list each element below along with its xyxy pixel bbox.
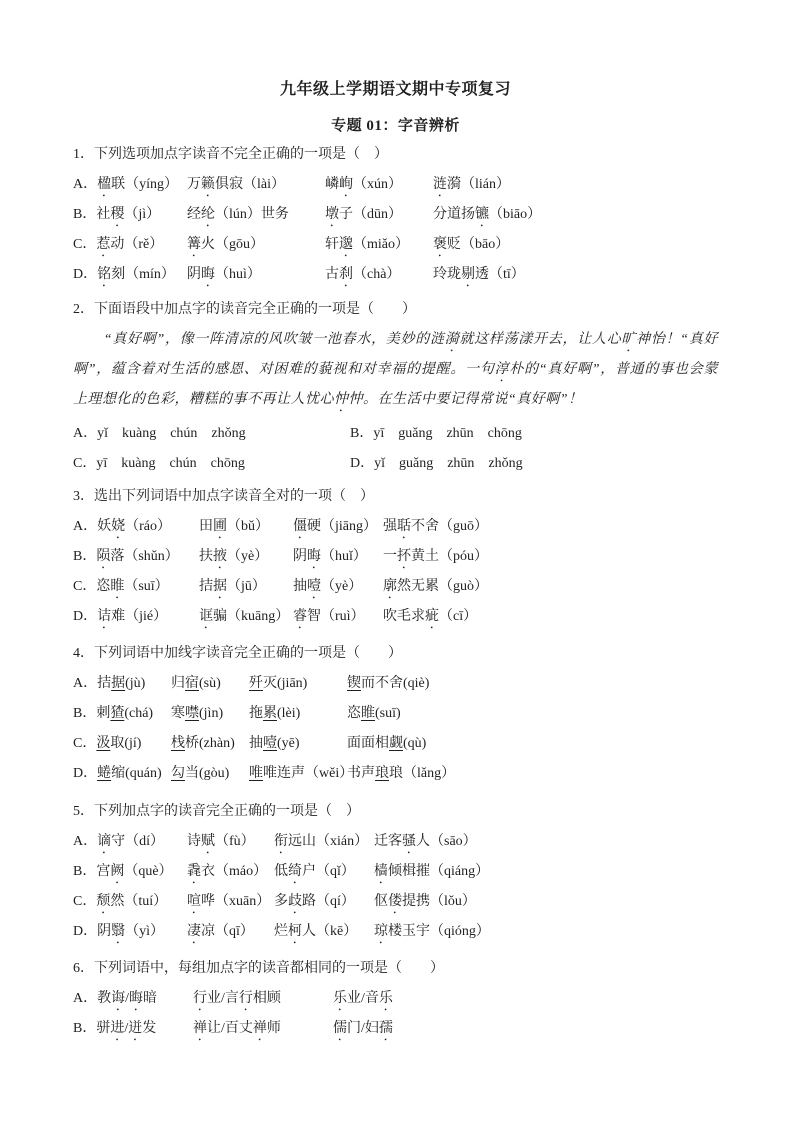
question-2: 2．下面语段中加点字的读音完全正确的一项是（ ） “真好啊”，像一阵清凉的风吹皱… bbox=[73, 295, 718, 479]
option-item: B．yī guǎng zhūn chōng bbox=[350, 419, 718, 449]
option-row: A．妖娆（ráo）田圃（bǔ）僵硬（jiāng）强聒不舍（guō） bbox=[73, 512, 718, 542]
question-5-options: A．谪守（dí）诗赋（fù）衔远山（xián）迁客骚人（sāo） B．宫阙（qu… bbox=[73, 827, 718, 947]
option-item: 古刹（chà） bbox=[325, 260, 433, 290]
option-row: C．恣睢（suī）拮据（jū）抽噎（yè）廓然无累（guò） bbox=[73, 572, 718, 602]
question-1-options: A．楹联（yíng）万籁俱寂（lài）嶙峋（xún）涟漪（lián） B．社稷（… bbox=[73, 170, 718, 290]
option-item: 阴晦（huǐ） bbox=[293, 542, 383, 572]
option-item: 寒噤(jìn) bbox=[171, 699, 249, 729]
option-row: A．拮据(jù)归宿(sù)歼灭(jiān)锲而不舍(qiè) bbox=[73, 669, 718, 699]
option-item: 强聒不舍（guō） bbox=[383, 512, 718, 542]
question-3: 3．选出下列词语中加点字读音全对的一项（ ） A．妖娆（ráo）田圃（bǔ）僵硬… bbox=[73, 482, 718, 632]
option-item: A．妖娆（ráo） bbox=[73, 512, 199, 542]
document-title: 九年级上学期语文期中专项复习 bbox=[73, 78, 718, 102]
option-item: 唯唯连声（wěi） bbox=[249, 759, 347, 789]
option-item: 歼灭(jiān) bbox=[249, 669, 347, 699]
option-item: 篝火（gōu） bbox=[187, 230, 325, 260]
question-4-stem: 4．下列词语中加线字读音完全正确的一项是（ ） bbox=[73, 639, 718, 669]
option-item: 吹毛求疵（cī） bbox=[383, 602, 718, 632]
option-item: B．宫阙（què） bbox=[73, 857, 187, 887]
option-item: 琼楼玉宇（qióng） bbox=[374, 917, 718, 947]
option-item: 拮据（jū） bbox=[199, 572, 293, 602]
option-item: 抽噎(yē) bbox=[249, 729, 347, 759]
option-item: 墩子（dūn） bbox=[325, 200, 433, 230]
question-5: 5．下列加点字的读音完全正确的一项是（ ） A．谪守（dí）诗赋（fù）衔远山（… bbox=[73, 797, 718, 947]
option-item: D．铭刻（mín） bbox=[73, 260, 187, 290]
option-item: C．汲取(jí) bbox=[73, 729, 171, 759]
option-row: D．yǐ guǎng zhūn zhǒng bbox=[350, 449, 718, 479]
question-2-options: A．yǐ kuàng chún zhǒng B．yī guǎng zhūn ch… bbox=[73, 419, 718, 479]
option-item: B．骈进/迸发 bbox=[73, 1014, 193, 1044]
option-item: 僵硬（jiāng） bbox=[293, 512, 383, 542]
option-item: 廓然无累（guò） bbox=[383, 572, 718, 602]
document-page: 九年级上学期语文期中专项复习 专题 01：字音辨析 1．下列选项加点字读音不完全… bbox=[0, 0, 793, 1122]
option-item: 锲而不舍(qiè) bbox=[347, 669, 718, 699]
option-item: 乐业/音乐 bbox=[333, 984, 718, 1014]
option-row: B．陨落（shǔn）扶掖（yè）阴晦（huǐ）一抔黄土（póu） bbox=[73, 542, 718, 572]
option-item: 喧哗（xuān） bbox=[187, 887, 274, 917]
option-item: D．yǐ guǎng zhūn zhǒng bbox=[350, 449, 718, 479]
option-item: 诗赋（fù） bbox=[187, 827, 274, 857]
option-item: 衔远山（xián） bbox=[274, 827, 374, 857]
option-item: C．yī kuàng chún chōng bbox=[73, 449, 350, 479]
option-row: D．阴翳（yì）凄凉（qī）烂柯人（kē）琼楼玉宇（qióng） bbox=[73, 917, 718, 947]
option-row: C．惹动（rě）篝火（gōu）轩邈（miǎo）褒贬（bāo） bbox=[73, 230, 718, 260]
option-row: B．宫阙（què）毳衣（máo）低绮户（qǐ）樯倾楫摧（qiáng） bbox=[73, 857, 718, 887]
question-1: 1．下列选项加点字读音不完全正确的一项是（ ） A．楹联（yíng）万籁俱寂（l… bbox=[73, 140, 718, 290]
option-row: B．社稷（jì）经纶（lún）世务墩子（dūn）分道扬镳（biāo） bbox=[73, 200, 718, 230]
option-item: 迁客骚人（sāo） bbox=[374, 827, 718, 857]
option-item: B．社稷（jì） bbox=[73, 200, 187, 230]
question-5-stem: 5．下列加点字的读音完全正确的一项是（ ） bbox=[73, 797, 718, 827]
option-item: A．yǐ kuàng chún zhǒng bbox=[73, 419, 350, 449]
option-item: 田圃（bǔ） bbox=[199, 512, 293, 542]
option-item: A．拮据(jù) bbox=[73, 669, 171, 699]
option-item: B．陨落（shǔn） bbox=[73, 542, 199, 572]
option-item: 玲珑剔透（tī） bbox=[433, 260, 718, 290]
option-item: 涟漪（lián） bbox=[433, 170, 718, 200]
option-item: 凄凉（qī） bbox=[187, 917, 274, 947]
question-6: 6．下列词语中，每组加点字的读音都相同的一项是（ ） A．教诲/晦暗行业/言行相… bbox=[73, 954, 718, 1044]
question-3-options: A．妖娆（ráo）田圃（bǔ）僵硬（jiāng）强聒不舍（guō） B．陨落（s… bbox=[73, 512, 718, 632]
option-item: 行业/言行相顾 bbox=[193, 984, 333, 1014]
option-item: 伛偻提携（lǒu） bbox=[374, 887, 718, 917]
option-item: 面面相觑(qù) bbox=[347, 729, 718, 759]
option-row: D．蜷缩(quán)勾当(gòu)唯唯连声（wěi）书声琅琅（lǎng） bbox=[73, 759, 718, 789]
option-item: 烂柯人（kē） bbox=[274, 917, 374, 947]
question-3-stem: 3．选出下列词语中加点字读音全对的一项（ ） bbox=[73, 482, 718, 512]
question-4-options: A．拮据(jù)归宿(sù)歼灭(jiān)锲而不舍(qiè) B．刺猹(chá… bbox=[73, 669, 718, 789]
option-item: B．刺猹(chá) bbox=[73, 699, 171, 729]
question-2-stem: 2．下面语段中加点字的读音完全正确的一项是（ ） bbox=[73, 295, 718, 325]
option-item: 勾当(gòu) bbox=[171, 759, 249, 789]
option-row: D．铭刻（mín）阴晦（huì）古刹（chà）玲珑剔透（tī） bbox=[73, 260, 718, 290]
option-item: 褒贬（bāo） bbox=[433, 230, 718, 260]
question-1-stem: 1．下列选项加点字读音不完全正确的一项是（ ） bbox=[73, 140, 718, 170]
option-item: A．教诲/晦暗 bbox=[73, 984, 193, 1014]
option-item: 栈桥(zhàn) bbox=[171, 729, 249, 759]
option-row: C．颓然（tuí）喧哗（xuān）多歧路（qí）伛偻提携（lǒu） bbox=[73, 887, 718, 917]
option-row: D．诘难（jié）诓骗（kuāng）睿智（ruì）吹毛求疵（cī） bbox=[73, 602, 718, 632]
option-item: D．诘难（jié） bbox=[73, 602, 199, 632]
option-item: A．谪守（dí） bbox=[73, 827, 187, 857]
option-item: 分道扬镳（biāo） bbox=[433, 200, 718, 230]
option-item: 经纶（lún）世务 bbox=[187, 200, 325, 230]
option-item: 恣睢(suī) bbox=[347, 699, 718, 729]
option-item: 一抔黄土（póu） bbox=[383, 542, 718, 572]
option-row: B．刺猹(chá)寒噤(jìn)拖累(lèi)恣睢(suī) bbox=[73, 699, 718, 729]
option-row: A．谪守（dí）诗赋（fù）衔远山（xián）迁客骚人（sāo） bbox=[73, 827, 718, 857]
option-row: C．汲取(jí)栈桥(zhàn)抽噎(yē)面面相觑(qù) bbox=[73, 729, 718, 759]
option-item: C．恣睢（suī） bbox=[73, 572, 199, 602]
option-row: A．yǐ kuàng chún zhǒng bbox=[73, 419, 350, 449]
option-item: 轩邈（miǎo） bbox=[325, 230, 433, 260]
option-row: C．yī kuàng chún chōng bbox=[73, 449, 350, 479]
option-row: A．楹联（yíng）万籁俱寂（lài）嶙峋（xún）涟漪（lián） bbox=[73, 170, 718, 200]
option-item: 睿智（ruì） bbox=[293, 602, 383, 632]
option-item: 扶掖（yè） bbox=[199, 542, 293, 572]
question-4: 4．下列词语中加线字读音完全正确的一项是（ ） A．拮据(jù)归宿(sù)歼灭… bbox=[73, 639, 718, 789]
question-2-passage: “真好啊”，像一阵清凉的风吹皱一池春水，美妙的涟漪就这样荡漾开去，让人心旷神怡！… bbox=[73, 325, 718, 415]
option-item: C．颓然（tuí） bbox=[73, 887, 187, 917]
option-item: 阴晦（huì） bbox=[187, 260, 325, 290]
option-item: 抽噎（yè） bbox=[293, 572, 383, 602]
option-item: 儒门/妇孺 bbox=[333, 1014, 718, 1044]
option-item: 书声琅琅（lǎng） bbox=[347, 759, 718, 789]
option-item: 多歧路（qí） bbox=[274, 887, 374, 917]
option-item: D．阴翳（yì） bbox=[73, 917, 187, 947]
option-item: 低绮户（qǐ） bbox=[274, 857, 374, 887]
question-6-options: A．教诲/晦暗行业/言行相顾乐业/音乐 B．骈进/迸发禅让/百丈禅师儒门/妇孺 bbox=[73, 984, 718, 1044]
option-row: A．教诲/晦暗行业/言行相顾乐业/音乐 bbox=[73, 984, 718, 1014]
option-item: A．楹联（yíng） bbox=[73, 170, 187, 200]
document-subtitle: 专题 01：字音辨析 bbox=[73, 114, 718, 138]
option-item: 归宿(sù) bbox=[171, 669, 249, 699]
option-row: B．yī guǎng zhūn chōng bbox=[350, 419, 718, 449]
option-item: 毳衣（máo） bbox=[187, 857, 274, 887]
option-row: B．骈进/迸发禅让/百丈禅师儒门/妇孺 bbox=[73, 1014, 718, 1044]
option-item: 诓骗（kuāng） bbox=[199, 602, 293, 632]
option-item: D．蜷缩(quán) bbox=[73, 759, 171, 789]
option-item: C．惹动（rě） bbox=[73, 230, 187, 260]
option-item: 拖累(lèi) bbox=[249, 699, 347, 729]
option-item: 万籁俱寂（lài） bbox=[187, 170, 325, 200]
option-item: 禅让/百丈禅师 bbox=[193, 1014, 333, 1044]
option-item: 嶙峋（xún） bbox=[325, 170, 433, 200]
question-6-stem: 6．下列词语中，每组加点字的读音都相同的一项是（ ） bbox=[73, 954, 718, 984]
option-item: 樯倾楫摧（qiáng） bbox=[374, 857, 718, 887]
